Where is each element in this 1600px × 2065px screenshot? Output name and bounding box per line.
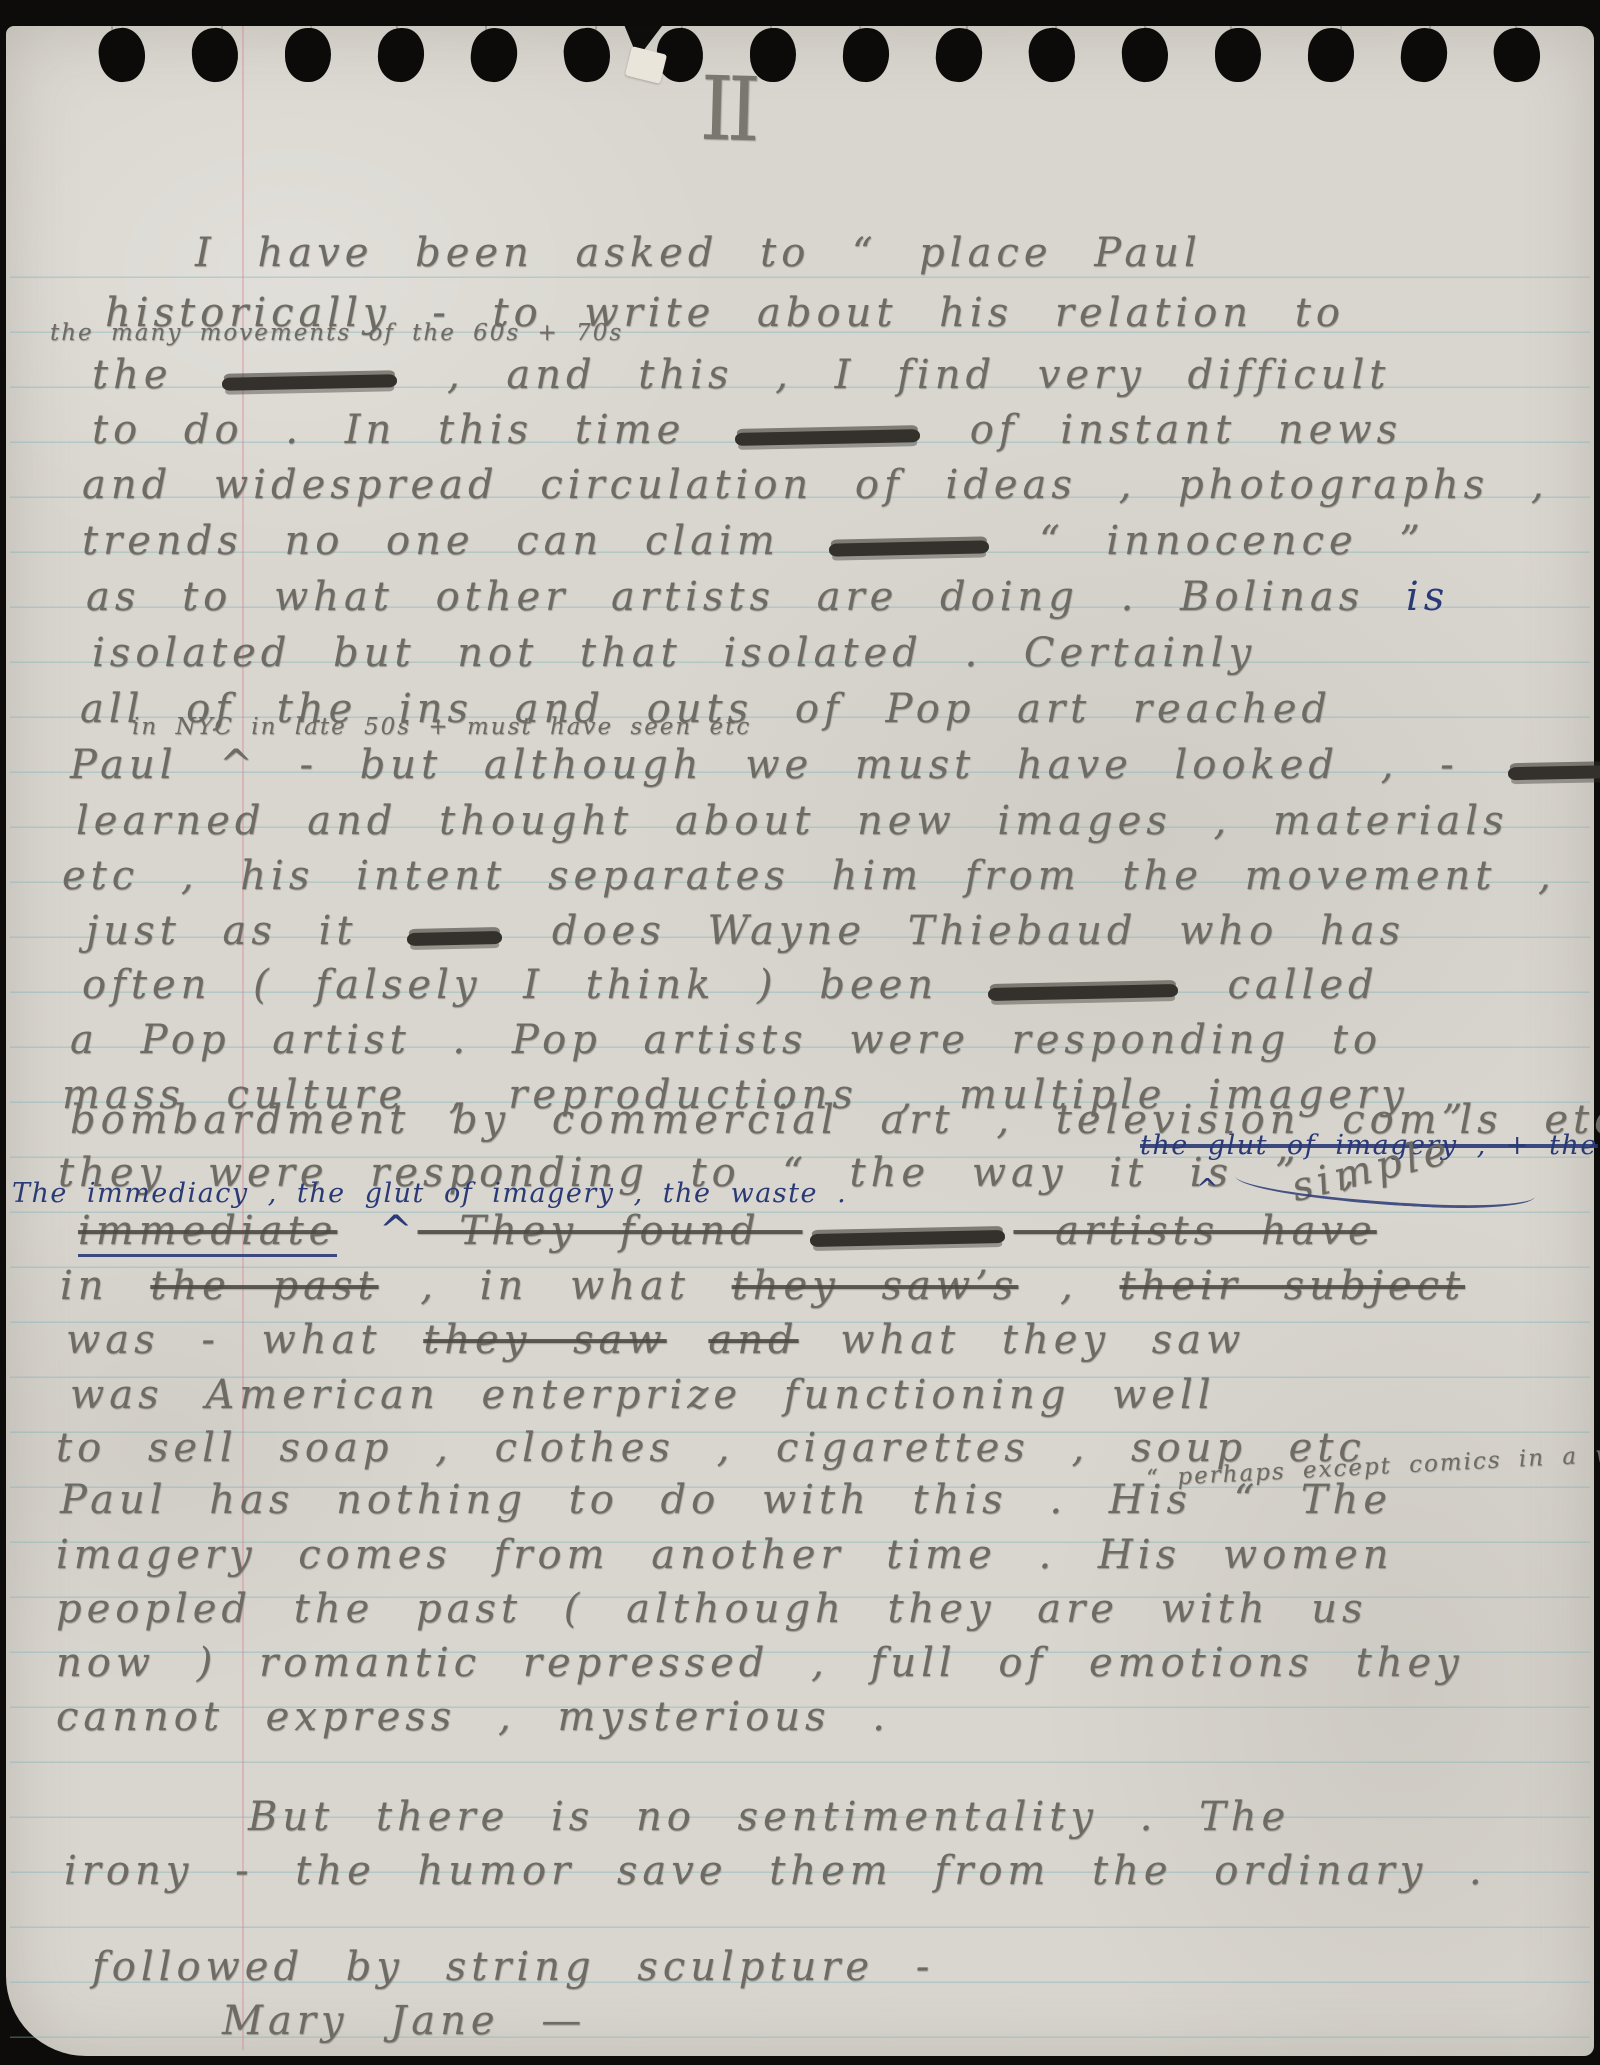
manuscript-line: the many movements of the 60s + 70s (50, 320, 623, 346)
text-segment: artists have (1013, 1208, 1376, 1254)
text-segment: ^ (379, 1208, 418, 1254)
text-segment: , and this , I find very difficult (405, 352, 1390, 398)
text-segment: and widespread circulation of ideas , ph… (82, 462, 1549, 508)
manuscript-line: peopled the past ( although they are wit… (56, 1586, 1368, 1632)
text-segment: But there is no sentimentality . The (248, 1794, 1290, 1840)
text-segment: the many movements of the 60s + 70s (50, 320, 623, 346)
text-segment: just as it (86, 908, 399, 954)
text-segment: Paul has nothing to do with this . His “… (60, 1477, 1392, 1523)
manuscript-line: The immediacy , the glut of imagery , th… (12, 1178, 847, 1209)
manuscript-line: But there is no sentimentality . The (248, 1794, 1290, 1840)
text-segment: is (1406, 574, 1449, 620)
manuscript-line: was - what they saw and what they saw (66, 1317, 1245, 1363)
text-segment: Mary Jane — (222, 1998, 586, 2044)
manuscript-line: Mary Jane — (222, 1998, 586, 2044)
manuscript-text: I have been asked to “ place Paulhistori… (0, 0, 1600, 2065)
manuscript-line: to do . In this time of instant news (92, 407, 1402, 453)
text-segment: often ( falsely I think ) been (82, 962, 980, 1008)
text-segment: followed by string sculpture - (92, 1944, 934, 1990)
text-segment: was American enterprize functioning well (70, 1372, 1216, 1418)
text-segment: was - what (66, 1317, 423, 1363)
text-segment: they saw’s (732, 1263, 1019, 1309)
text-segment: cannot express , mysterious . (56, 1694, 890, 1740)
manuscript-line: ^ (1196, 1174, 1220, 1205)
text-segment: ^ (1196, 1174, 1220, 1205)
text-segment: to do . In this time (92, 407, 727, 453)
manuscript-line: and widespread circulation of ideas , ph… (82, 462, 1549, 508)
text-segment: The immediacy , the glut of imagery , th… (12, 1178, 847, 1209)
text-segment: and (708, 1317, 798, 1363)
manuscript-line: a Pop artist . Pop artists were respondi… (70, 1017, 1382, 1063)
manuscript-line: imagery comes from another time . His wo… (56, 1532, 1394, 1578)
text-segment: Paul ^ - but although we must have looke… (70, 742, 1500, 788)
scribble-blot (810, 1230, 1005, 1247)
text-segment: peopled the past ( although they are wit… (56, 1586, 1368, 1632)
scribble-blot (988, 984, 1178, 1001)
manuscript-line: etc , his intent separates him from the … (62, 853, 1556, 899)
manuscript-line: just as it does Wayne Thiebaud who has (86, 908, 1405, 954)
text-segment: in NYC in late 50s + must have seen etc (132, 714, 751, 740)
manuscript-line: the , and this , I find very difficult (92, 352, 1390, 398)
text-segment: , in what (379, 1263, 732, 1309)
scribble-blot (407, 931, 502, 946)
manuscript-line: in NYC in late 50s + must have seen etc (132, 714, 751, 740)
text-segment: trends no one can claim (82, 518, 821, 564)
manuscript-line: learned and thought about new images , m… (76, 798, 1509, 844)
scribble-blot (1508, 765, 1600, 781)
text-segment: they saw (423, 1317, 666, 1363)
manuscript-line: in the past , in what they saw’s , their… (60, 1263, 1465, 1309)
text-segment: the past (150, 1263, 378, 1309)
text-segment: as to what other artists are doing . Bol… (86, 574, 1406, 620)
text-segment (337, 1208, 379, 1254)
text-segment: I have been asked to “ place Paul (195, 230, 1202, 276)
manuscript-line: I have been asked to “ place Paul (195, 230, 1202, 276)
manuscript-line: often ( falsely I think ) been called (82, 962, 1379, 1008)
text-segment: immediate (78, 1208, 337, 1257)
text-segment: learned and thought about new images , m… (76, 798, 1509, 844)
text-segment: , (1018, 1263, 1119, 1309)
text-segment: They found (418, 1208, 803, 1254)
text-segment: what they saw (799, 1317, 1246, 1363)
manuscript-line: followed by string sculpture - (92, 1944, 934, 1990)
text-segment: now ) romantic repressed , full of emoti… (56, 1640, 1464, 1686)
manuscript-line: Paul ^ - but although we must have looke… (70, 742, 1600, 788)
text-segment: “ innocence ” (997, 518, 1424, 564)
scribble-blot (222, 374, 397, 391)
manuscript-line: was American enterprize functioning well (70, 1372, 1216, 1418)
text-segment: isolated but not that isolated . Certain… (92, 630, 1256, 676)
manuscript-line: as to what other artists are doing . Bol… (86, 574, 1449, 620)
manuscript-line: Paul has nothing to do with this . His “… (60, 1477, 1392, 1523)
text-segment: etc , his intent separates him from the … (62, 853, 1556, 899)
scribble-blot (735, 429, 920, 446)
text-segment: their subject (1119, 1263, 1465, 1309)
scanned-notebook-page: II I have been asked to “ place Paulhist… (0, 0, 1600, 2065)
text-segment: does Wayne Thiebaud who has (510, 908, 1405, 954)
manuscript-line: cannot express , mysterious . (56, 1694, 890, 1740)
manuscript-line: isolated but not that isolated . Certain… (92, 630, 1256, 676)
text-segment: a Pop artist . Pop artists were respondi… (70, 1017, 1382, 1063)
text-segment: irony - the humor save them from the ord… (64, 1848, 1487, 1894)
text-segment: of instant news (928, 407, 1402, 453)
text-segment: imagery comes from another time . His wo… (56, 1532, 1394, 1578)
manuscript-line: irony - the humor save them from the ord… (64, 1848, 1487, 1894)
manuscript-line: immediate ^ They found artists have (78, 1208, 1377, 1254)
text-segment: in (60, 1263, 150, 1309)
text-segment: the (92, 352, 214, 398)
scribble-blot (829, 540, 989, 556)
manuscript-line: now ) romantic repressed , full of emoti… (56, 1640, 1464, 1686)
text-segment: called (1186, 962, 1379, 1008)
manuscript-line: trends no one can claim “ innocence ” (82, 518, 1425, 564)
text-segment (667, 1317, 709, 1363)
